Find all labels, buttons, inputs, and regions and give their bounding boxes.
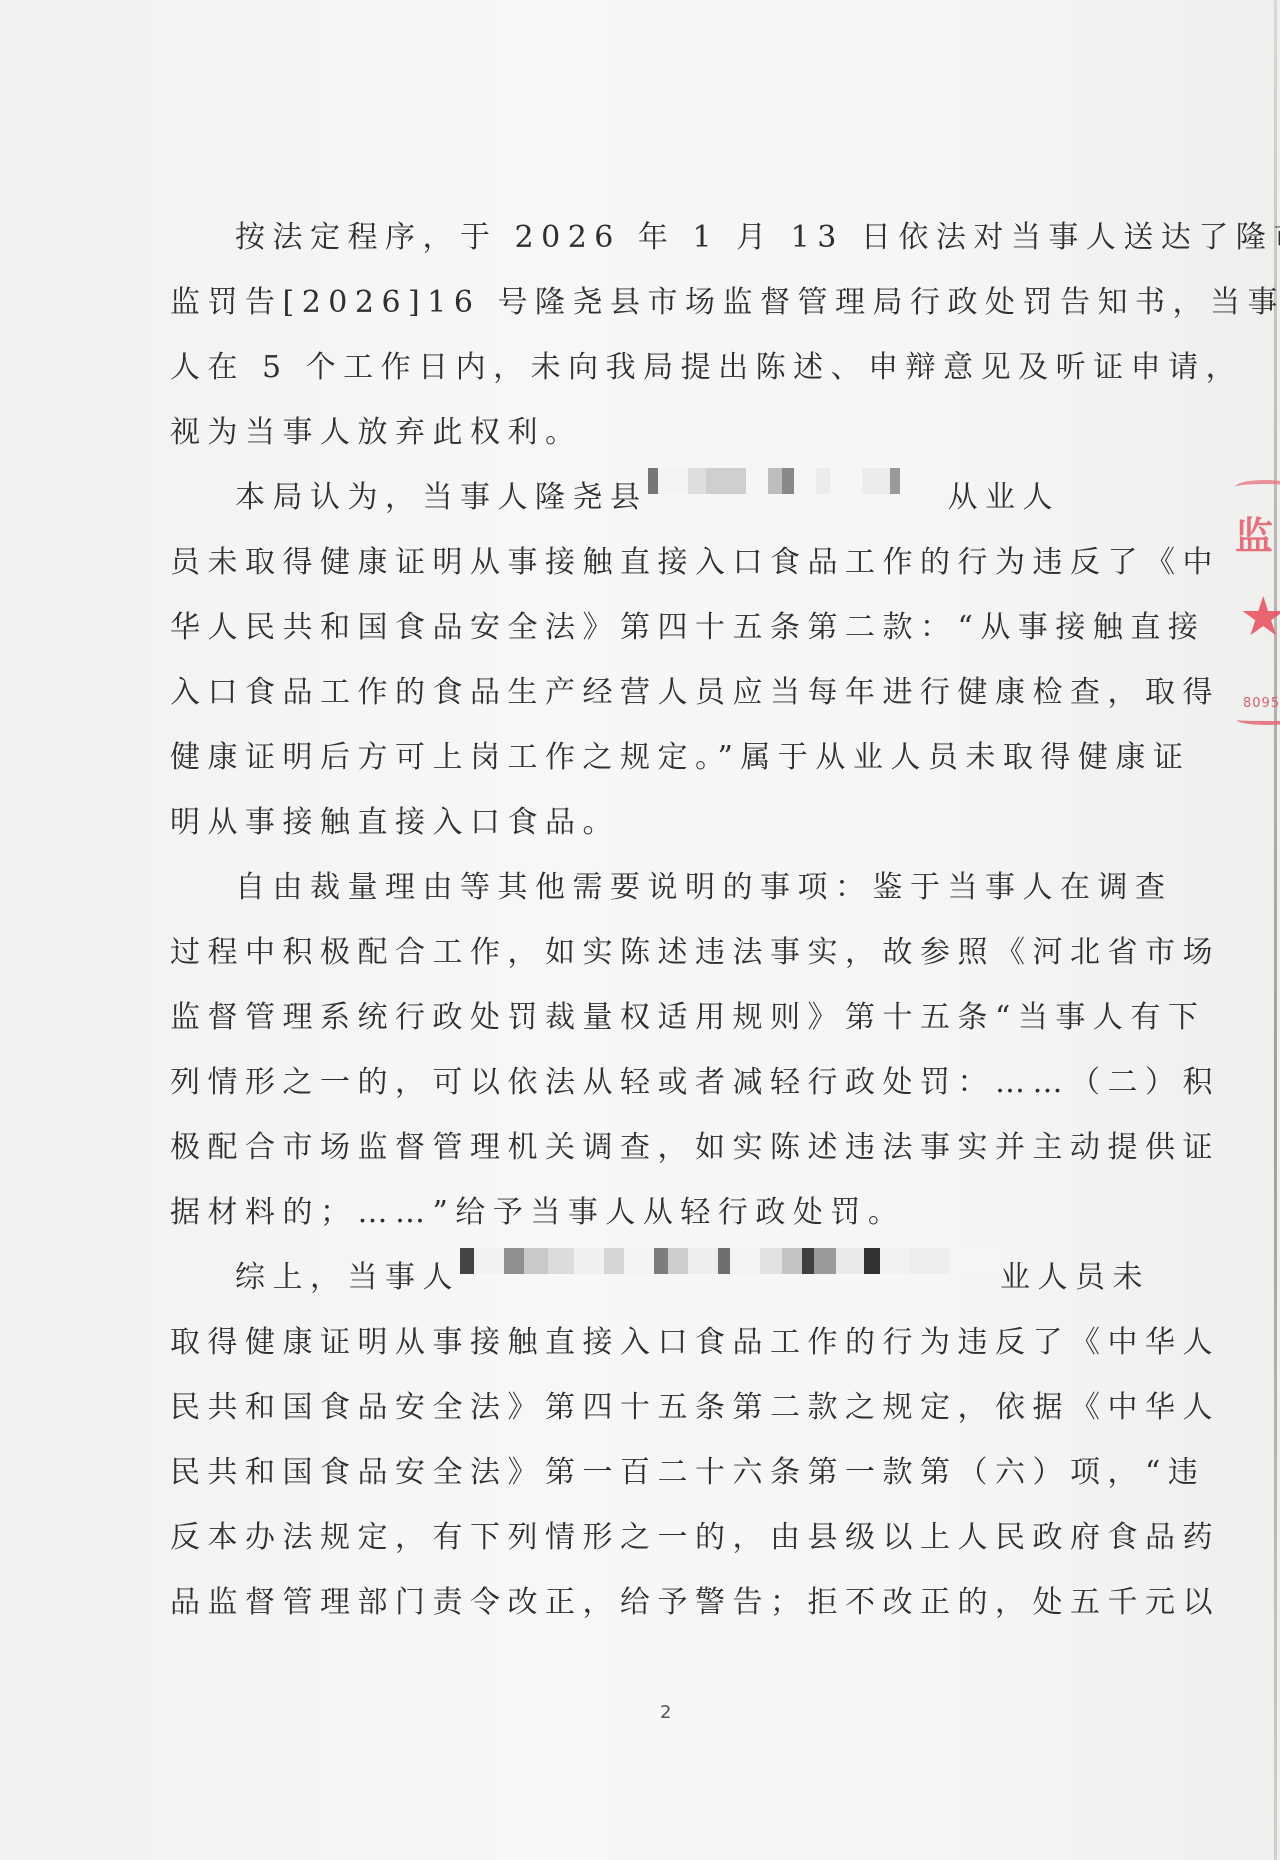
redacted-region [648,468,948,494]
official-seal-stamp: 监 ★ 8095 [1225,470,1280,730]
text-line: 据材料的；……”给予当事人从轻行政处罚。 [170,1180,1145,1245]
text-line: 健康证明后方可上岗工作之规定。”属于从业人员未取得健康证 [170,725,1145,790]
text-line: 品监督管理部门责令改正，给予警告；拒不改正的，处五千元以 [170,1570,1145,1635]
seal-arc-top [1235,480,1280,494]
text-line: 监罚告[2026]16 号隆尧县市场监督管理局行政处罚告知书，当事 [170,270,1145,335]
text-line: 监督管理系统行政处罚裁量权适用规则》第十五条“当事人有下 [170,985,1145,1050]
line-suffix: 业人员未 [1000,1260,1150,1295]
seal-text: 监 [1235,505,1269,560]
text-line: 员未取得健康证明从事接触直接入口食品工作的行为违反了《中 [170,530,1145,595]
redacted-region [460,1248,1000,1274]
text-line: 取得健康证明从事接触直接入口食品工作的行为违反了《中华人 [170,1310,1145,1375]
text-line: 华人民共和国食品安全法》第四十五条第二款：“从事接触直接 [170,595,1145,660]
line-prefix: 本局认为，当事人隆尧县 [235,480,648,515]
seal-arc-bottom [1237,715,1280,725]
text-line: 列情形之一的，可以依法从轻或者减轻行政处罚：……（二）积 [170,1050,1145,1115]
text-line: 过程中积极配合工作，如实陈述违法事实，故参照《河北省市场 [170,920,1145,985]
page-edge-line [1274,0,1277,1860]
text-line: 明从事接触直接入口食品。 [170,790,1145,855]
line-suffix: 从业人 [948,480,1061,515]
scanned-document-page: 按法定程序，于 2026 年 1 月 13 日依法对当事人送达了隆市 监罚告[2… [0,0,1280,1860]
text-line: 按法定程序，于 2026 年 1 月 13 日依法对当事人送达了隆市 [170,205,1145,270]
text-line: 自由裁量理由等其他需要说明的事项：鉴于当事人在调查 [170,855,1145,920]
page-number: 2 [660,1702,671,1723]
text-line-with-redaction: 本局认为，当事人隆尧县从业人 [170,465,1145,530]
line-prefix: 综上，当事人 [235,1260,460,1295]
document-body: 按法定程序，于 2026 年 1 月 13 日依法对当事人送达了隆市 监罚告[2… [170,205,1145,1635]
text-line: 反本办法规定，有下列情形之一的，由县级以上人民政府食品药 [170,1505,1145,1570]
text-line: 民共和国食品安全法》第四十五条第二款之规定，依据《中华人 [170,1375,1145,1440]
text-line: 极配合市场监督管理机关调查，如实陈述违法事实并主动提供证 [170,1115,1145,1180]
text-line-with-redaction: 综上，当事人业人员未 [170,1245,1145,1310]
seal-code: 8095 [1243,696,1280,711]
star-icon: ★ [1239,590,1280,644]
text-line: 入口食品工作的食品生产经营人员应当每年进行健康检查，取得 [170,660,1145,725]
text-line: 民共和国食品安全法》第一百二十六条第一款第（六）项，“违 [170,1440,1145,1505]
text-line: 人在 5 个工作日内，未向我局提出陈述、申辩意见及听证申请， [170,335,1145,400]
text-line: 视为当事人放弃此权利。 [170,400,1145,465]
